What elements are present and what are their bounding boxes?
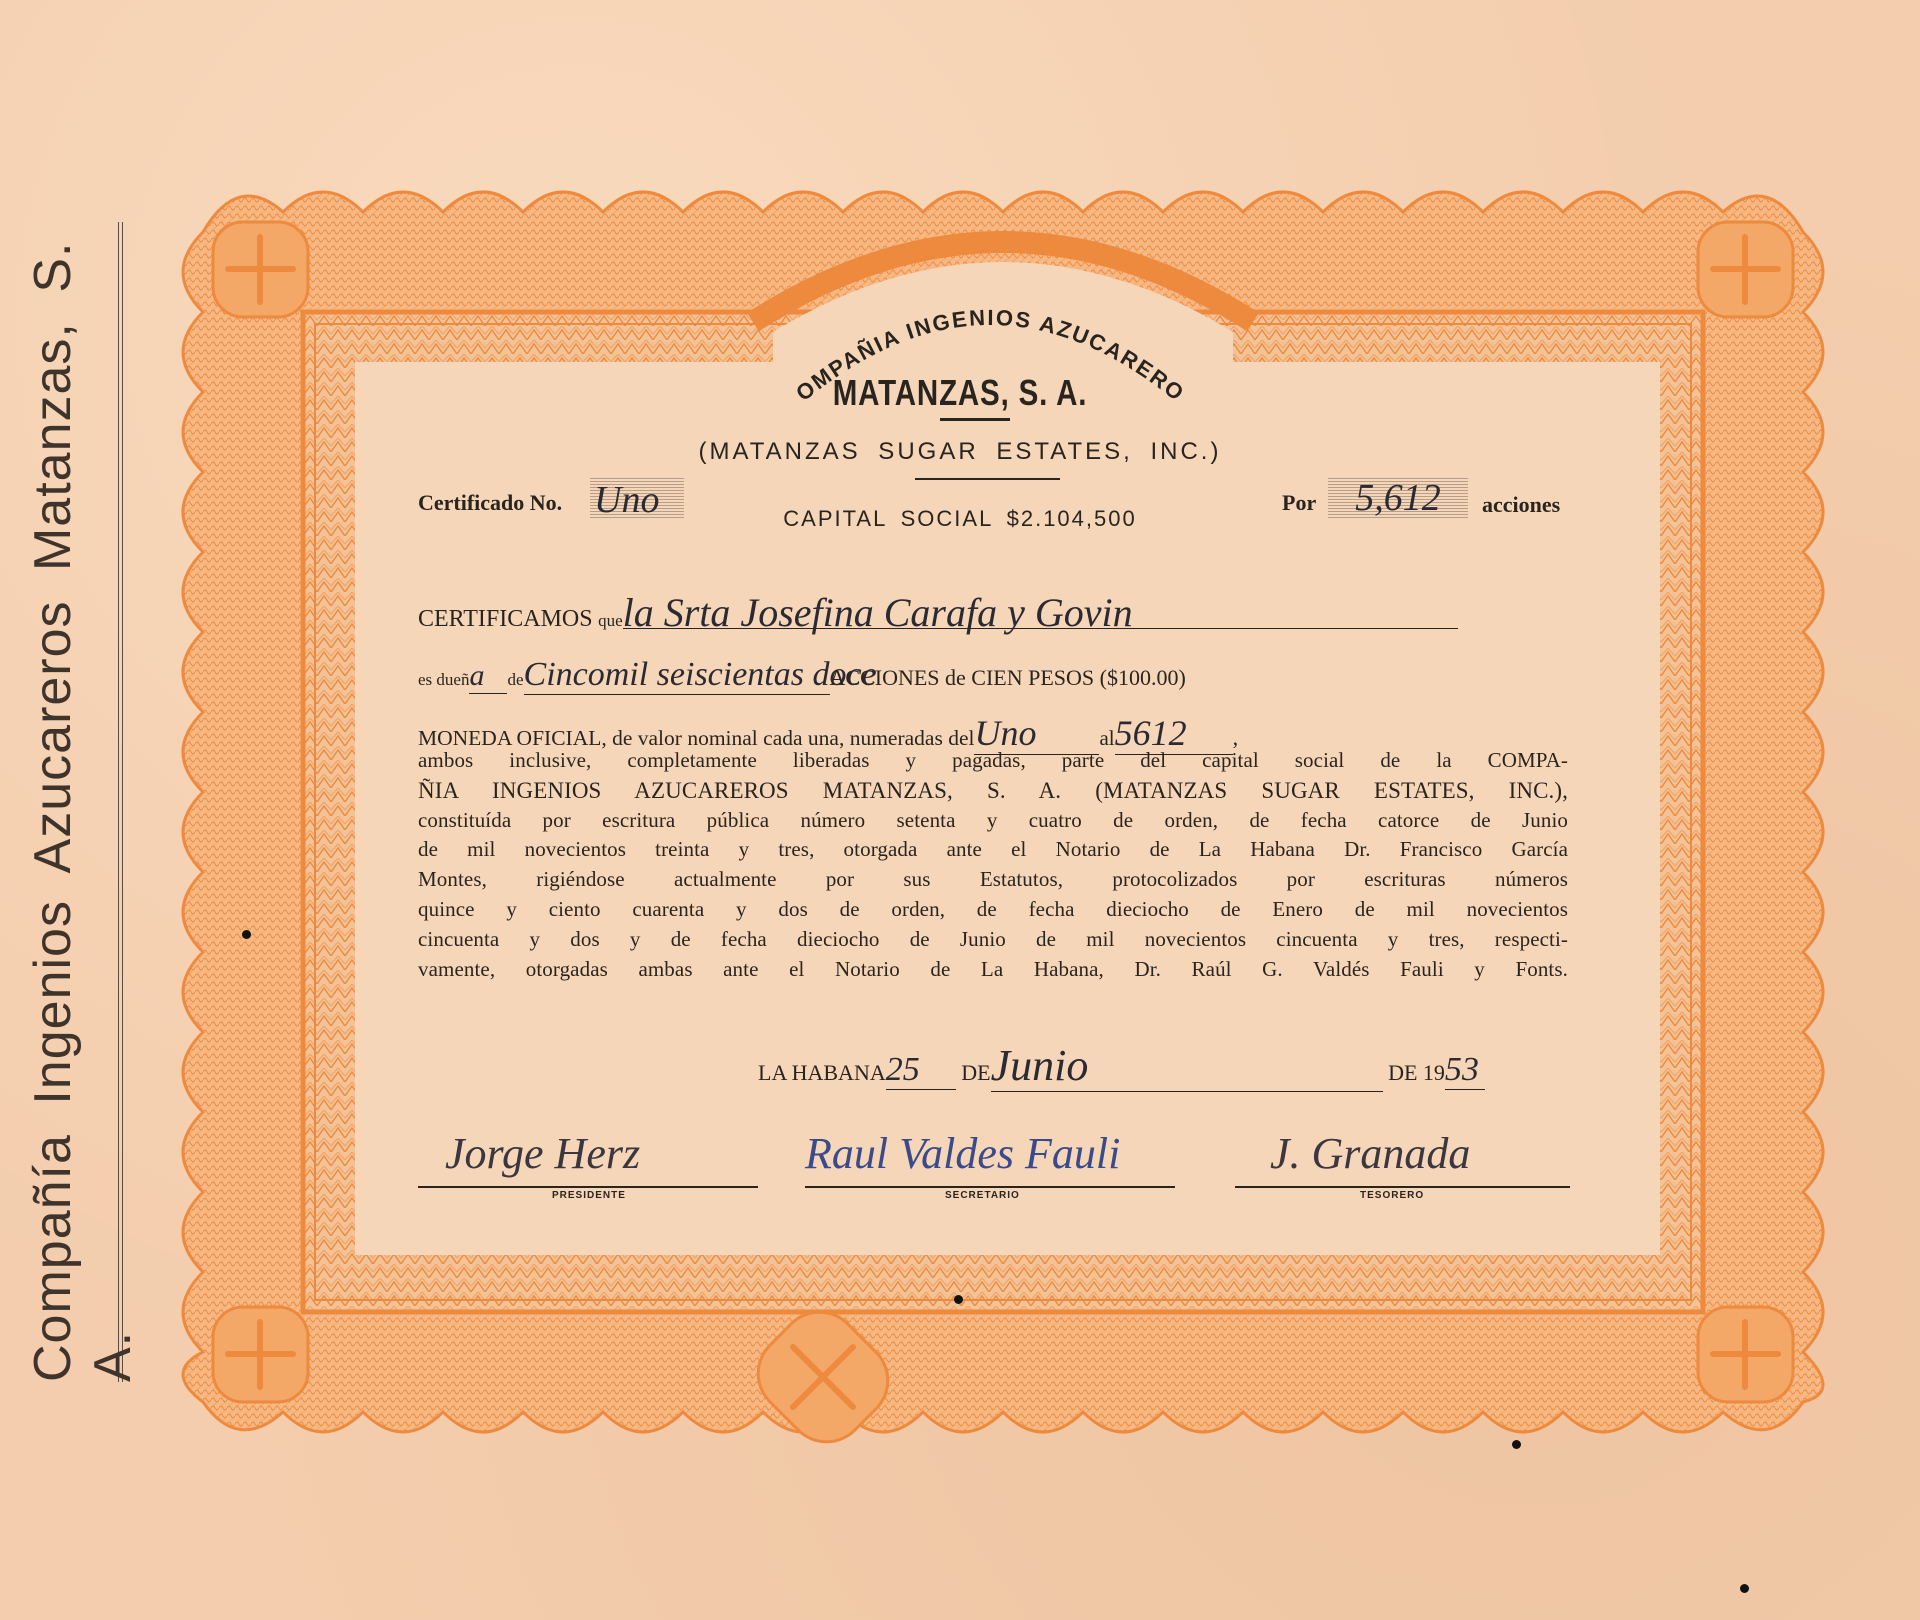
president-label: PRESIDENTE	[552, 1190, 626, 1201]
shares-in-words: Cincomil seiscientas doce	[524, 656, 830, 695]
ink-spot	[242, 930, 251, 939]
shares-words-line: es dueñadeCincomil seiscientas doceACCIO…	[418, 656, 1568, 695]
capital-social: CAPITAL SOCIAL $2.104,500	[0, 506, 1920, 532]
acciones-text: ACCIONES de CIEN PESOS ($100.00)	[830, 665, 1186, 690]
que-label: que	[598, 611, 623, 630]
date-year-suffix: 53	[1445, 1051, 1485, 1090]
secretary-signature: Raul Valdes Fauli	[805, 1128, 1120, 1179]
gender-suffix: a	[469, 659, 507, 694]
president-signature-line	[418, 1186, 758, 1188]
de-label-1: DE	[961, 1060, 990, 1085]
ink-spot	[1512, 1440, 1521, 1449]
es-duen-label: es dueñ	[418, 670, 469, 689]
subtitle-underline	[915, 478, 1060, 480]
treasurer-signature: J. Granada	[1270, 1128, 1470, 1179]
certificamos-label: CERTIFICAMOS	[418, 606, 593, 632]
place-label: LA HABANA	[758, 1060, 886, 1085]
holder-line: CERTIFICAMOS quela Srta Josefina Carafa …	[418, 598, 1568, 633]
treasurer-label: TESORERO	[1360, 1190, 1424, 1201]
holder-name: la Srta Josefina Carafa y Govin	[623, 598, 1458, 629]
ink-spot	[954, 1295, 963, 1304]
date-day: 25	[886, 1051, 956, 1090]
paragraph-line: ambos inclusive, completamente liberadas…	[418, 746, 1568, 776]
ink-spot	[1740, 1584, 1749, 1593]
paragraph-line: vamente, otorgadas ambas ante el Notario…	[418, 955, 1568, 985]
title-underline	[940, 418, 1010, 421]
legal-paragraph: ambos inclusive, completamente liberadas…	[418, 746, 1568, 984]
shares-count-value: 5,612	[1328, 476, 1468, 518]
president-signature: Jorge Herz	[445, 1128, 640, 1179]
paragraph-line: Montes, rigiéndose actualmente por sus E…	[418, 865, 1568, 895]
company-title: MATANZAS, S. A.	[173, 372, 1747, 414]
date-line: LA HABANA25 DEJunio DE 1953	[758, 1040, 1588, 1092]
de-label-2: DE 19	[1388, 1060, 1445, 1085]
acciones-label: acciones	[1482, 492, 1560, 518]
treasurer-signature-line	[1235, 1186, 1570, 1188]
secretary-signature-line	[805, 1186, 1175, 1188]
date-month: Junio	[991, 1040, 1383, 1092]
paragraph-line: ÑIA INGENIOS AZUCAREROS MATANZAS, S. A. …	[418, 776, 1568, 806]
paragraph-line: cincuenta y dos y de fecha dieciocho de …	[418, 925, 1568, 955]
paragraph-line: constituída por escritura pública número…	[418, 806, 1568, 836]
paragraph-line: quince y ciento cuarenta y dos de orden,…	[418, 895, 1568, 925]
company-subtitle: (MATANZAS SUGAR ESTATES, INC.)	[0, 438, 1920, 466]
de-label: de	[507, 670, 523, 689]
por-label: Por	[1282, 490, 1316, 516]
secretary-label: SECRETARIO	[945, 1190, 1020, 1201]
paragraph-line: de mil novecientos treinta y tres, otorg…	[418, 835, 1568, 865]
